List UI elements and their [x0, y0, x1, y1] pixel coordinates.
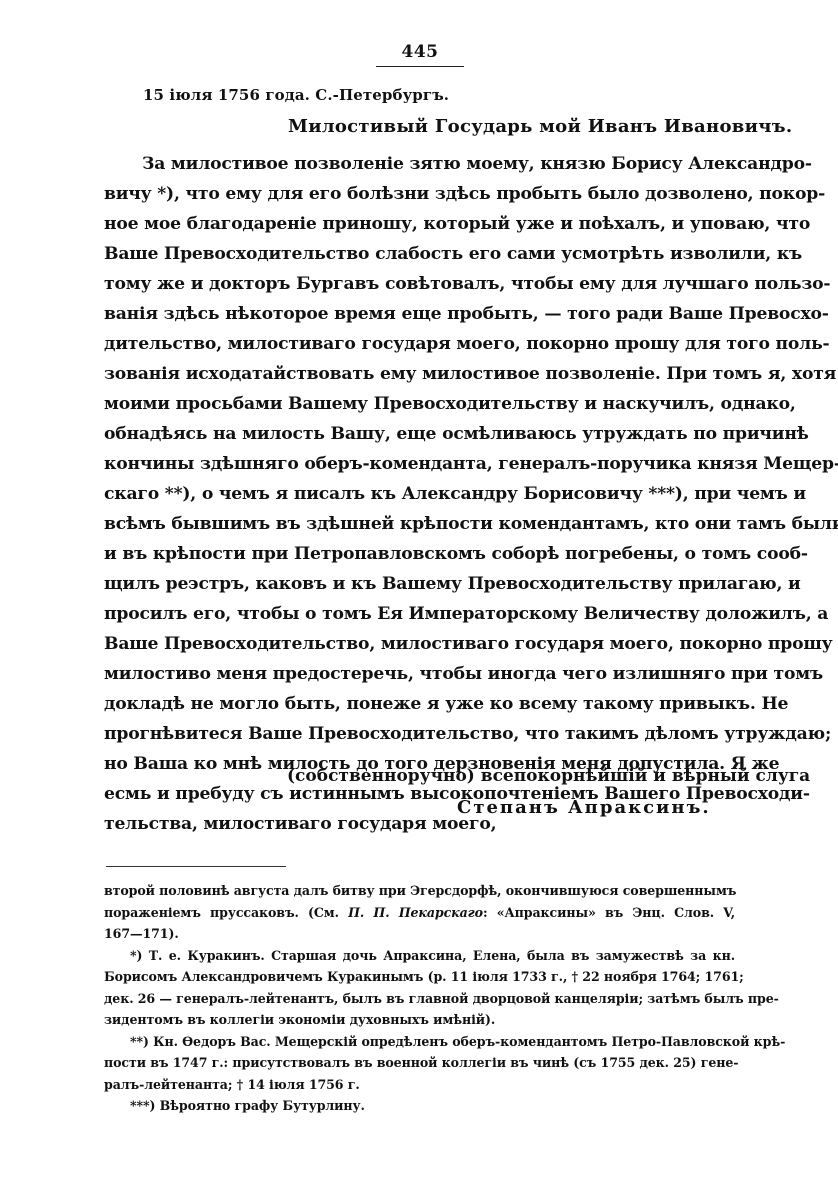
footnote-2-line: **) Кн. Өедоръ Вас. Мещерскій опредѣленъ…: [104, 1031, 735, 1053]
body-line: зованія исходатайствовать ему милостивое…: [104, 359, 735, 389]
footnote-continuation-line: второй половинѣ августа далъ битву при Э…: [104, 880, 735, 902]
footnote-continuation-line: 167—171).: [104, 923, 735, 945]
footnote-continuation-line: пораженіемъ пруссаковъ. (См. П. П. Пекар…: [104, 902, 735, 924]
body-line: и въ крѣпости при Петропавловскомъ собор…: [104, 539, 735, 569]
footnote-1-line: *) Т. е. Куракинъ. Старшая дочь Апраксин…: [104, 945, 735, 967]
footnote-separator: [106, 866, 286, 867]
body-line: Ваше Превосходительство слабость его сам…: [104, 239, 735, 269]
footnote-text: пораженіемъ пруссаковъ. (См.: [104, 905, 348, 920]
body-line: Ваше Превосходительство, милостиваго гос…: [104, 629, 735, 659]
body-line: ное мое благодареніе приношу, который уж…: [104, 209, 735, 239]
body-line: прогнѣвитеся Ваше Превосходительство, чт…: [104, 719, 735, 749]
body-line: ванія здѣсь нѣкоторое время еще пробыть,…: [104, 299, 735, 329]
footnote-2-line: пости въ 1747 г.: присутствовалъ въ воен…: [104, 1052, 735, 1074]
body-line: моими просьбами Вашему Превосходительств…: [104, 389, 735, 419]
letter-salutation: Милостивый Государь мой Иванъ Ивановичъ.: [288, 116, 792, 137]
body-line: дительство, милостиваго государя моего, …: [104, 329, 735, 359]
letter-signature: Степанъ Апраксинъ.: [457, 797, 711, 818]
body-line: За милостивое позволеніе зятю моему, кня…: [104, 149, 735, 179]
body-line: щилъ реэстръ, каковъ и къ Вашему Превосх…: [104, 569, 735, 599]
body-line: докладѣ не могло быть, понеже я уже ко в…: [104, 689, 735, 719]
letter-closing: (собственноручно) всепокорнѣйшій и вѣрны…: [287, 766, 810, 786]
body-line: тому же и докторъ Бургавъ совѣтовалъ, чт…: [104, 269, 735, 299]
document-page: 445 15 іюля 1756 года. С.-Петербургъ. Ми…: [0, 0, 838, 1199]
footnote-3-line: ***) Вѣроятно графу Бутурлину.: [104, 1095, 735, 1117]
body-line: всѣмъ бывшимъ въ здѣшней крѣпости коменд…: [104, 509, 735, 539]
footnote-1-line: Борисомъ Александровичемъ Куракинымъ (р.…: [104, 966, 735, 988]
body-line: кончины здѣшняго оберъ-коменданта, генер…: [104, 449, 735, 479]
letter-dateline: 15 іюля 1756 года. С.-Петербургъ.: [143, 86, 449, 104]
body-line: скаго **), о чемъ я писалъ къ Александру…: [104, 479, 735, 509]
page-number: 445: [380, 42, 460, 62]
footnotes: второй половинѣ августа далъ битву при Э…: [104, 880, 735, 1117]
body-line: обнадѣясь на милость Вашу, еще осмѣливаю…: [104, 419, 735, 449]
footnote-1-line: зидентомъ въ коллегіи экономіи духовныхъ…: [104, 1009, 735, 1031]
footnote-1-line: дек. 26 — генералъ-лейтенантъ, былъ въ г…: [104, 988, 735, 1010]
footnote-2-line: ралъ-лейтенанта; † 14 іюля 1756 г.: [104, 1074, 735, 1096]
page-number-rule: [376, 66, 464, 67]
letter-body: За милостивое позволеніе зятю моему, кня…: [104, 149, 735, 839]
body-line: милостиво меня предостеречь, чтобы иногд…: [104, 659, 735, 689]
footnote-text: : «Апраксины» въ Энц. Слов. V,: [483, 905, 735, 920]
footnote-author-citation: П. П. Пекарскаго: [348, 905, 483, 920]
body-line: просилъ его, чтобы о томъ Ея Императорск…: [104, 599, 735, 629]
body-line: вичу *), что ему для его болѣзни здѣсь п…: [104, 179, 735, 209]
